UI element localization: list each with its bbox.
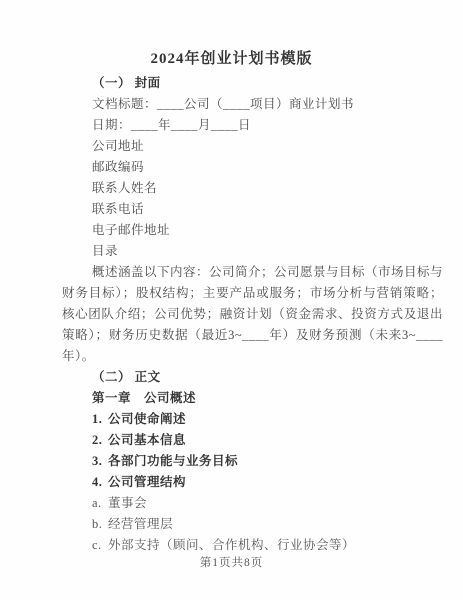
cover-field-company-address: 公司地址 xyxy=(62,136,443,157)
body-section-heading: （二） 正文 xyxy=(62,367,443,388)
cover-field-postal-code: 邮政编码 xyxy=(62,157,443,178)
cover-field-date: 日期：____年____月____日 xyxy=(62,115,443,136)
lettered-item: b.经营管理层 xyxy=(62,514,443,535)
item-marker: 4. xyxy=(92,472,108,493)
chapter-heading: 第一章 公司概述 xyxy=(62,388,443,409)
item-text: 董事会 xyxy=(108,496,147,510)
page-number-footer: 第1页共8页 xyxy=(0,555,463,571)
item-text: 公司管理结构 xyxy=(108,475,186,489)
cover-field-email-address: 电子邮件地址 xyxy=(62,220,443,241)
lettered-item: c.外部支持（顾问、合作机构、行业协会等） xyxy=(62,535,443,556)
numbered-item: 1.公司使命阐述 xyxy=(62,409,443,430)
document-page: 2024年创业计划书模版 （一） 封面 文档标题：____公司（____项目）商… xyxy=(0,0,463,600)
item-text: 经营管理层 xyxy=(108,517,173,531)
item-text: 外部支持（顾问、合作机构、行业协会等） xyxy=(108,538,355,552)
cover-field-contact-phone: 联系电话 xyxy=(62,199,443,220)
item-text: 公司使命阐述 xyxy=(108,412,186,426)
numbered-item: 2.公司基本信息 xyxy=(62,430,443,451)
item-marker: 2. xyxy=(92,430,108,451)
item-marker: a. xyxy=(92,493,108,514)
cover-field-document-title: 文档标题：____公司（____项目）商业计划书 xyxy=(62,94,443,115)
numbered-item: 4.公司管理结构 xyxy=(62,472,443,493)
item-marker: c. xyxy=(92,535,108,556)
summary-paragraph: 概述涵盖以下内容：公司简介；公司愿景与目标（市场目标与财务目标）；股权结构；主要… xyxy=(62,262,443,367)
item-marker: 1. xyxy=(92,409,108,430)
numbered-item: 3.各部门功能与业务目标 xyxy=(62,451,443,472)
item-marker: 3. xyxy=(92,451,108,472)
cover-field-toc: 目录 xyxy=(62,241,443,262)
item-text: 各部门功能与业务目标 xyxy=(108,454,238,468)
cover-section-heading: （一） 封面 xyxy=(62,73,443,94)
item-marker: b. xyxy=(92,514,108,535)
cover-field-contact-name: 联系人姓名 xyxy=(62,178,443,199)
document-title: 2024年创业计划书模版 xyxy=(0,48,463,70)
document-content: （一） 封面 文档标题：____公司（____项目）商业计划书 日期：____年… xyxy=(62,73,443,556)
lettered-item: a.董事会 xyxy=(62,493,443,514)
item-text: 公司基本信息 xyxy=(108,433,186,447)
